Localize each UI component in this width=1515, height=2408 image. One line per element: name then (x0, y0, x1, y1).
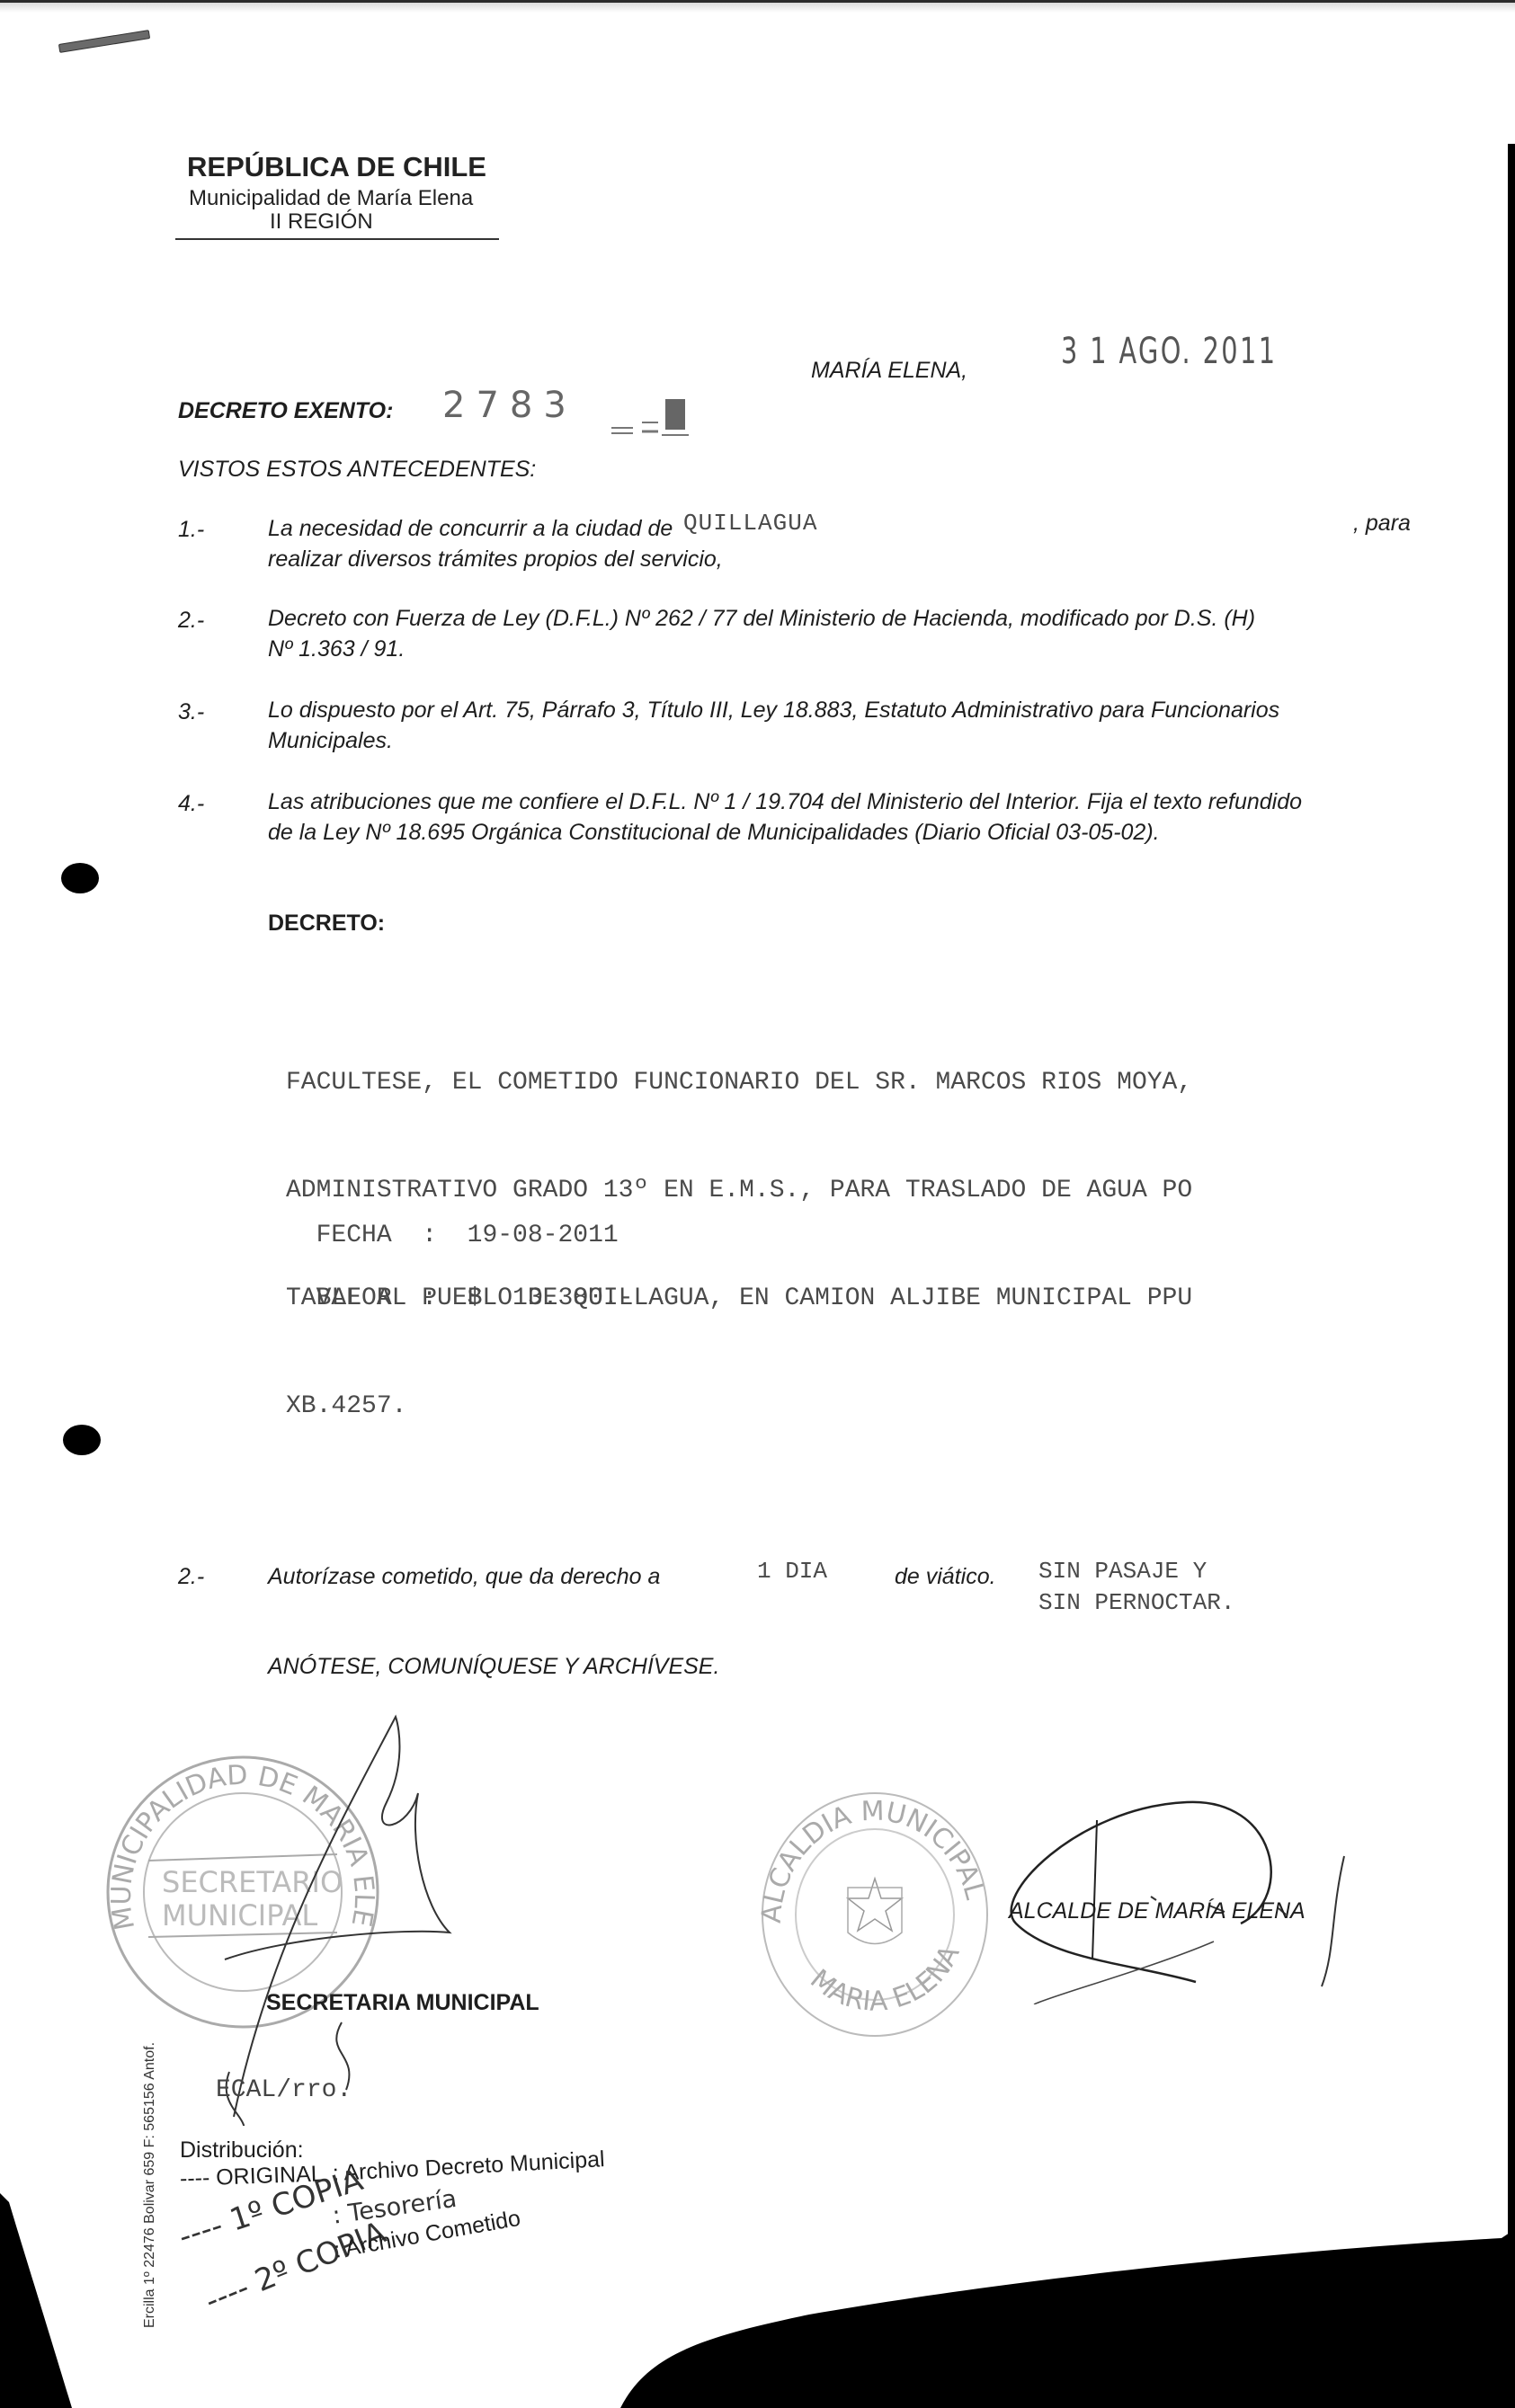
punch-hole (61, 863, 99, 893)
secretary-signature (180, 1712, 477, 2126)
valor-row: VALOR : $ 13.380.- (286, 1257, 633, 1312)
vistos-heading: VISTOS ESTOS ANTECEDENTES: (178, 457, 536, 483)
item-text: La necesidad de concurrir a la ciudad de (268, 512, 1410, 545)
item-text-line: La necesidad de concurrir a la ciudad de (268, 516, 673, 541)
viatico-note: SIN PERNOCTAR. (1038, 1589, 1234, 1616)
municipality-name: Municipalidad de María Elena (189, 186, 473, 211)
decree-label: DECRETO EXENTO: (178, 398, 393, 424)
region-name: II REGIÓN (270, 209, 373, 235)
typist-initials: ECAL/rro. (216, 2076, 352, 2104)
header-rule (175, 238, 499, 240)
viatico-note: SIN PASAJE Y (1038, 1558, 1207, 1585)
fecha-row: FECHA : 19-08-2011 (286, 1194, 619, 1249)
viatico-days: 1 DIA (757, 1558, 827, 1585)
item-text-line: Las atribuciones que me confiere el D.F.… (268, 786, 1410, 818)
article-number: 2.- (178, 1564, 204, 1590)
item-text-line: de la Ley Nº 18.695 Orgánica Constitucio… (268, 816, 1410, 849)
item-text-line: Lo dispuesto por el Art. 75, Párrafo 3, … (268, 694, 1410, 726)
item-number: 1.- (178, 517, 204, 543)
item-text-line: Municipales. (268, 724, 1410, 757)
fecha-value: 19-08-2011 (468, 1222, 619, 1249)
fecha-label: FECHA : (316, 1222, 437, 1249)
scan-edge-right (1508, 144, 1515, 2408)
country-heading: REPÚBLICA DE CHILE (187, 151, 486, 183)
item-text-line: realizar diversos trámites propios del s… (268, 543, 1410, 575)
svg-text:MARIA ELENA: MARIA ELENA (804, 1941, 967, 2018)
distribution-destination: : Archivo Decreto Municipal (332, 2146, 605, 2187)
decree-body-line: FACULTESE, EL COMETIDO FUNCIONARIO DEL S… (286, 1065, 1401, 1101)
item-text-line: Nº 1.363 / 91. (268, 633, 1410, 665)
distribution-heading: Distribución: (180, 2137, 304, 2164)
item-number: 3.- (178, 699, 204, 725)
item-text-line: Decreto con Fuerza de Ley (D.F.L.) Nº 26… (268, 602, 1410, 635)
svg-text:ALCALDIA MUNICIPAL: ALCALDIA MUNICIPAL (756, 1796, 991, 1924)
scan-edge (0, 0, 1515, 3)
date-stamp: 3 1 AGO. 2011 (1061, 331, 1277, 372)
mayor-seal-icon: ALCALDIA MUNICIPAL MARIA ELENA (753, 1789, 996, 2040)
staple-mark (58, 30, 150, 53)
article-text: Autorízase cometido, que da derecho a (268, 1564, 660, 1590)
item-number: 2.- (178, 608, 204, 634)
valor-label: VALOR : (316, 1284, 437, 1312)
item-number: 4.- (178, 791, 204, 817)
printer-imprint: Ercilla 1º 22476 Bolivar 659 F: 565156 A… (142, 2042, 158, 2328)
valor-value: $ 13.380.- (468, 1284, 634, 1312)
item-text-end: , para (1353, 511, 1411, 537)
decree-body-line: XB.4257. (286, 1389, 1401, 1425)
mayor-title: ALCALDE DE MARÍA ELENA (1009, 1898, 1306, 1924)
typed-city: QUILLAGUA (683, 510, 817, 537)
closing-formula: ANÓTESE, COMUNÍQUESE Y ARCHÍVESE. (268, 1654, 719, 1680)
stamp-mark-icon (610, 395, 696, 442)
decreto-heading: DECRETO: (268, 911, 385, 937)
viatico-label: de viático. (895, 1564, 996, 1590)
secretary-title: SECRETARIA MUNICIPAL (266, 1990, 539, 2016)
mayor-signature (989, 1789, 1367, 2004)
place-label: MARÍA ELENA, (811, 358, 967, 384)
punch-hole (63, 1425, 101, 1455)
decree-number: 2783 (442, 385, 577, 426)
